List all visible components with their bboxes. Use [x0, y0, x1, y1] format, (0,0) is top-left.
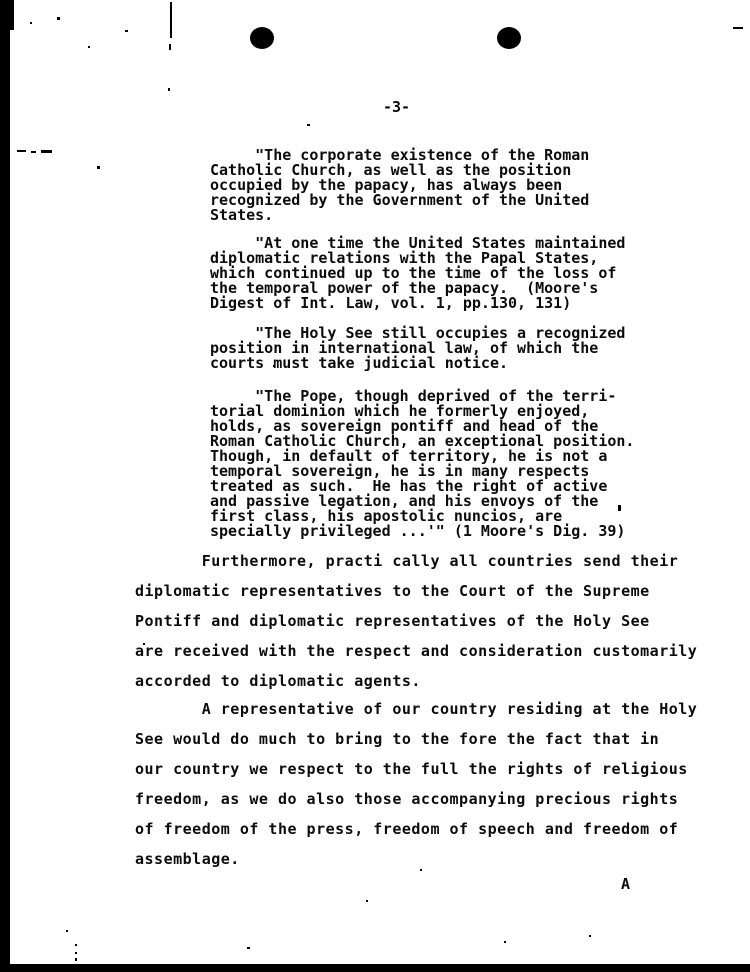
pen-stroke-mark — [169, 44, 171, 50]
page-number: -3- — [383, 100, 410, 115]
body-paragraph: A representative of our country residing… — [135, 694, 697, 874]
scan-speck — [125, 30, 128, 32]
scan-speck — [88, 46, 90, 48]
scan-speck — [307, 124, 310, 126]
scan-speck — [57, 17, 60, 20]
scan-speck — [247, 947, 250, 949]
quoted-passage: "The Holy See still occupies a recognize… — [210, 326, 625, 371]
scan-speck — [75, 944, 77, 946]
scan-dash-mark — [31, 151, 36, 153]
scan-speck — [504, 941, 506, 943]
scan-edge-left — [0, 0, 10, 972]
scan-speck — [366, 900, 368, 902]
scan-edge-left-notch — [0, 0, 14, 30]
pen-stroke-mark — [170, 2, 172, 38]
punch-hole-mark — [250, 27, 274, 49]
scan-speck — [75, 952, 77, 954]
body-paragraph: Furthermore, practi cally all countries … — [135, 546, 697, 696]
punch-hole-mark — [497, 27, 521, 49]
quoted-passage: "At one time the United States maintaine… — [210, 236, 625, 311]
footer-letter: A — [621, 877, 630, 892]
scan-speck — [75, 958, 77, 961]
scan-dash-mark — [41, 150, 52, 153]
scan-speck — [97, 166, 100, 169]
scan-speck — [66, 930, 68, 932]
quoted-passage: "The corporate existence of the Roman Ca… — [210, 148, 589, 223]
quoted-passage: "The Pope, though deprived of the terri-… — [210, 389, 634, 539]
scan-speck — [589, 935, 591, 937]
scan-dash-mark — [733, 27, 743, 29]
scan-speck — [30, 22, 32, 24]
document-page: -3- "The corporate existence of the Roma… — [0, 0, 750, 972]
scan-edge-bottom — [0, 964, 750, 972]
scan-dash-mark — [17, 150, 26, 152]
scan-speck — [168, 88, 170, 91]
